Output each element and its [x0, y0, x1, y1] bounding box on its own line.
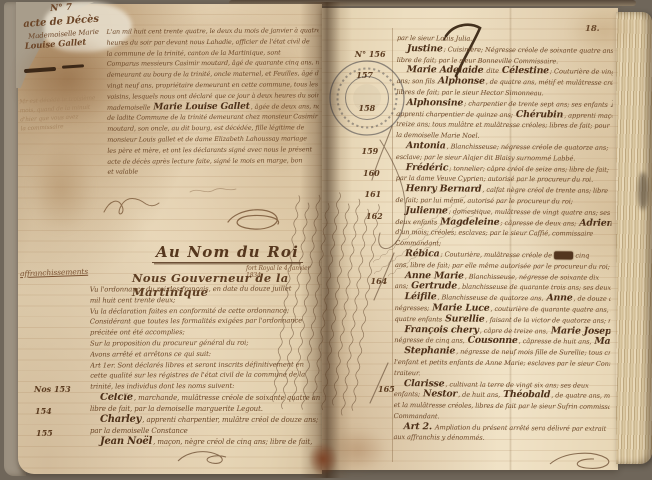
margin-side-note: Mr est décédé le troisièmemois, quand de…	[19, 94, 113, 135]
edge-tear-mark	[638, 172, 648, 210]
countersignature-mark	[190, 189, 236, 192]
decree-text: Vu l'ordonnance du roi des français, en …	[90, 283, 317, 392]
manuscript-line: Vu l'ordonnance du roi des français, en …	[90, 283, 316, 295]
officer-signature	[228, 210, 279, 229]
entry-number: 161	[365, 189, 382, 199]
left-page: N° 7 acte de Décès Mademoiselle Marie Lo…	[18, 4, 322, 474]
emancipation-entries-text: par le sieur Louis Julia.Justine; Cuisin…	[393, 33, 613, 445]
manuscript-line: par la demoiselle Constance	[90, 426, 320, 437]
entry-number: Nos 153	[34, 384, 71, 394]
left-entries-text: Celcïe, marchande, mulâtresse créole de …	[90, 393, 320, 447]
closing-flourish	[544, 448, 616, 476]
signature-flourishes	[94, 182, 304, 244]
folio-number: 18.	[585, 24, 600, 34]
manuscript-line: cette qualité sur les régistres de l'éta…	[90, 370, 316, 382]
entry-number: 157	[356, 70, 373, 80]
entry-number: N° 156	[355, 49, 386, 59]
manuscript-line: heures du soir par devant nous Lahadie, …	[107, 36, 319, 48]
page-edge-stack	[616, 12, 652, 464]
entry-number: 155	[36, 428, 53, 438]
register-book: N° 7 acte de Décès Mademoiselle Marie Lo…	[4, 0, 650, 478]
entry-number: 165	[378, 384, 395, 394]
entry-number-column: N° 156157158159160161162164165	[322, 8, 392, 470]
death-act-text: L'an mil huit cent trente quatre, le deu…	[106, 25, 319, 178]
right-page: 18. N° 156157158159160161162164165 par l…	[322, 8, 618, 470]
manuscript-line: Jean Noël, maçon, nègre créol de cinq an…	[90, 437, 320, 448]
witness-signature	[104, 199, 159, 214]
paper-stain	[28, 144, 94, 234]
ink-stroke	[62, 64, 84, 69]
entry-flourish	[174, 447, 234, 471]
manuscript-line: acte de décès après lecture faite, signé…	[107, 155, 319, 167]
manuscript-line: les père et mère, et ont les déclarants …	[107, 144, 319, 156]
photo-backdrop: N° 7 acte de Décès Mademoiselle Marie Lo…	[0, 0, 652, 480]
entry-number: 160	[363, 168, 380, 178]
manuscript-line: aux affranchis y dénommés.	[393, 432, 609, 445]
manuscript-line: et valable	[107, 166, 319, 178]
margin-section-label: affranchissements	[20, 267, 88, 278]
margin-entry-numbers: Nos 153154155	[18, 384, 88, 464]
decree-heading: Au Nom du Roi	[152, 243, 303, 263]
entry-number: 154	[35, 406, 52, 416]
ink-stroke	[24, 67, 56, 73]
manuscript-line: Considérant que toutes les formalités ex…	[90, 316, 316, 328]
entry-number: 158	[359, 103, 376, 113]
manuscript-line: l'enfant et petits enfants de Anne Marie…	[394, 357, 610, 370]
manuscript-line: Celcïe, marchande, mulâtresse créole de …	[90, 393, 320, 404]
manuscript-line: trinité, les individus dont les noms sui…	[90, 381, 316, 393]
entry-number: 159	[362, 146, 379, 156]
entry-number: 162	[366, 211, 383, 221]
manuscript-line: Charley, apprenti charpentier, mulâtre c…	[90, 415, 320, 426]
entry-number: 164	[371, 276, 388, 286]
